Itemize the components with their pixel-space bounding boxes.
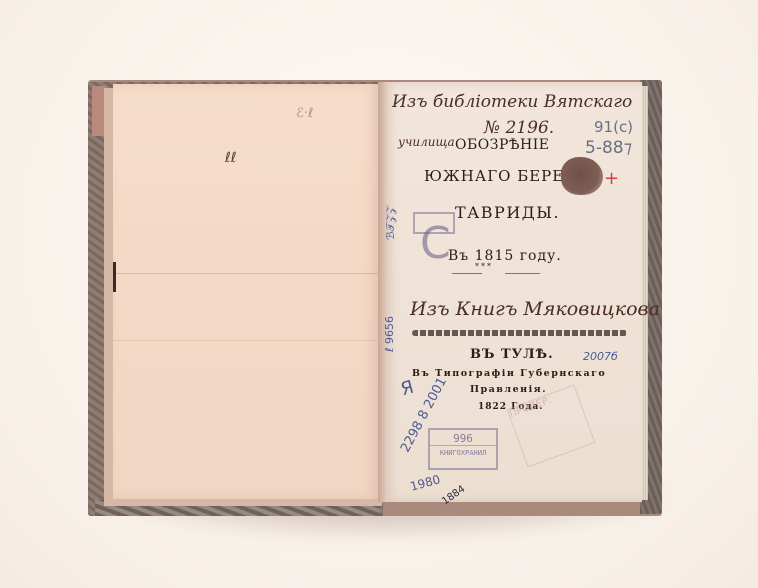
stamp-letter-c: С	[420, 218, 451, 269]
blue-note-right: 2007б	[583, 350, 618, 363]
book-gutter	[378, 82, 388, 502]
pencil-margin-note-1: ℬ𝒯𝒵𝒵	[384, 206, 398, 240]
left-flyleaf	[113, 84, 378, 499]
page-tear	[113, 262, 116, 292]
provenance-inscription-line1: Изъ библіотеки Вятскаго	[392, 92, 632, 112]
pencil-margin-note-2: ℓ 9656	[383, 316, 396, 352]
ink-stain	[561, 157, 603, 195]
library-stamp: 996 КНИГОХРАНИЛ	[428, 428, 498, 470]
shelfmark-1: 91(с)	[594, 118, 633, 136]
title-line-1: ОБОЗРѢНІЕ	[455, 137, 550, 153]
rule-left	[452, 273, 482, 274]
subtitle-year: Въ 1815 году.	[448, 248, 562, 264]
ornament-stars: ***	[475, 262, 493, 271]
printer-line-2: Правленія.	[470, 384, 547, 395]
page-fold-line-2	[113, 340, 378, 341]
provenance-number: № 2196.	[484, 118, 554, 138]
shelfmark-2: 5-88⁊	[585, 138, 632, 158]
left-page-ink-mark: ℓℓ	[225, 150, 245, 180]
place-of-publication: ВЪ ТУЛѢ.	[470, 347, 554, 362]
left-page-faint-sketch: ℰ·ℓ	[296, 106, 313, 121]
provenance-inscription-line2: училища	[398, 135, 455, 149]
title-line-3: ТАВРИДЫ.	[455, 203, 560, 222]
red-pencil-cross: +	[604, 168, 619, 189]
library-stamp-number: 996	[430, 432, 496, 446]
page-edges	[642, 86, 648, 500]
rule-right	[505, 273, 540, 274]
owner-inscription: Изъ Книгъ Мяковицкова	[410, 298, 660, 320]
wavy-ornament-rule	[412, 330, 627, 336]
page-fold-line	[113, 273, 378, 274]
library-stamp-text: КНИГОХРАНИЛ	[430, 449, 496, 457]
